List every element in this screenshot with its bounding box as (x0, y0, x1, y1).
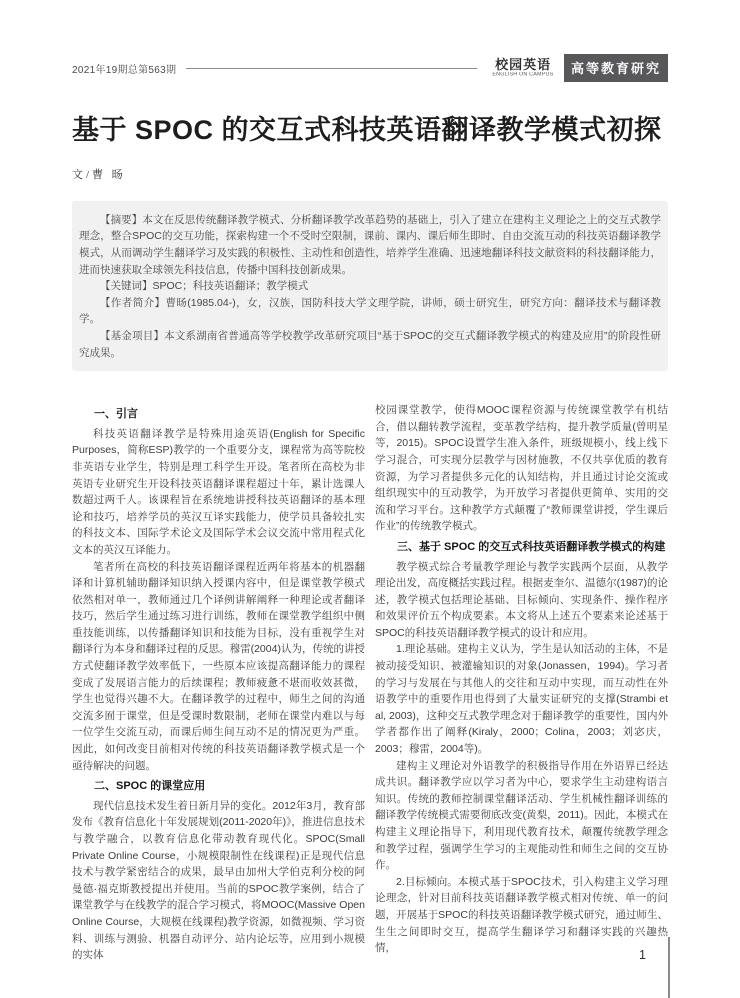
body-column-left: 一、引言科技英语翻译教学是特殊用途英语(English for Specific… (72, 402, 365, 964)
body-paragraph: 科技英语翻译教学是特殊用途英语(English for Specific Pur… (72, 426, 365, 559)
header-rule (186, 68, 477, 69)
section-heading: 一、引言 (72, 406, 365, 423)
abstract-item-text: SPOC；科技英语翻译；教学模式 (153, 280, 309, 292)
magazine-subtitle: ENGLISH ON CAMPUS (493, 72, 554, 77)
magazine-name: 校园英语 (489, 58, 557, 71)
body-column-right: 校园课堂教学，使得MOOC课程资源与传统课堂教学有机结合，借以翻转教学流程，变革… (375, 402, 668, 964)
magazine-logo: 校园英语 ENGLISH ON CAMPUS (489, 58, 557, 78)
body-paragraph: 校园课堂教学，使得MOOC课程资源与传统课堂教学有机结合，借以翻转教学流程，变革… (375, 402, 668, 535)
abstract-item: 【摘要】本文在反思传统翻译教学模式、分析翻译教学改革趋势的基础上，引入了建立在建… (79, 212, 661, 278)
section-badge: 高等教育研究 (564, 54, 668, 82)
abstract-item-text: 曹旸(1985.04-)，女，汉族，国防科技大学文理学院，讲师，硕士研究生，研究… (79, 297, 661, 326)
body-paragraph: 1.理论基础。建构主义认为，学生是认知活动的主体，不是被动接受知识、被灌输知识的… (375, 641, 668, 757)
body-paragraph: 教学模式综合考量教学理论与教学实践两个层面，从教学理论出发，高度概括实践过程。根… (375, 559, 668, 642)
journal-header: 2021年19期总第563期 校园英语 ENGLISH ON CAMPUS 高等… (72, 54, 668, 82)
abstract-box: 【摘要】本文在反思传统翻译教学模式、分析翻译教学改革趋势的基础上，引入了建立在建… (72, 201, 668, 371)
body-paragraph: 建构主义理论对外语教学的积极指导作用在外语界已经达成共识。翻译教学应以学习者为中… (375, 758, 668, 874)
body-paragraph: 现代信息技术发生着日新月异的变化。2012年3月，教育部发布《教育信息化十年发展… (72, 798, 365, 964)
abstract-item-label: 【作者简介】 (100, 297, 165, 309)
abstract-item-text: 本文系湖南省普通高等学校教学改革研究项目“基于SPOC的交互式翻译教学模式的构建… (79, 330, 661, 359)
body-paragraph: 2.目标倾向。本模式基于SPOC技术，引入构建主义学习理论理念，针对目前科技英语… (375, 874, 668, 957)
abstract-item-label: 【摘要】 (100, 214, 142, 226)
abstract-item: 【基金项目】本文系湖南省普通高等学校教学改革研究项目“基于SPOC的交互式翻译教… (79, 328, 661, 361)
abstract-item-label: 【关键词】 (100, 280, 153, 292)
article-title: 基于 SPOC 的交互式科技英语翻译教学模式初探 (72, 114, 668, 148)
article-body: 一、引言科技英语翻译教学是特殊用途英语(English for Specific… (72, 402, 668, 964)
section-heading: 三、基于 SPOC 的交互式科技英语翻译教学模式的构建 (375, 539, 668, 556)
abstract-item: 【关键词】SPOC；科技英语翻译；教学模式 (79, 278, 661, 295)
issue-info: 2021年19期总第563期 (72, 61, 176, 76)
abstract-item-text: 本文在反思传统翻译教学模式、分析翻译教学改革趋势的基础上，引入了建立在建构主义理… (79, 214, 661, 276)
journal-page: 2021年19期总第563期 校园英语 ENGLISH ON CAMPUS 高等… (0, 0, 740, 998)
page-content: 2021年19期总第563期 校园英语 ENGLISH ON CAMPUS 高等… (72, 0, 668, 964)
abstract-item-label: 【基金项目】 (100, 330, 164, 342)
abstract-item: 【作者简介】曹旸(1985.04-)，女，汉族，国防科技大学文理学院，讲师，硕士… (79, 295, 661, 328)
page-number: 1 (639, 948, 646, 962)
body-paragraph: 笔者所在高校的科技英语翻译课程近两年将基本的机器翻译和计算机辅助翻译知识纳入授课… (72, 559, 365, 775)
footer-rule (668, 937, 670, 998)
section-heading: 二、SPOC 的课堂应用 (72, 778, 365, 795)
byline: 文/曹 旸 (72, 166, 668, 182)
